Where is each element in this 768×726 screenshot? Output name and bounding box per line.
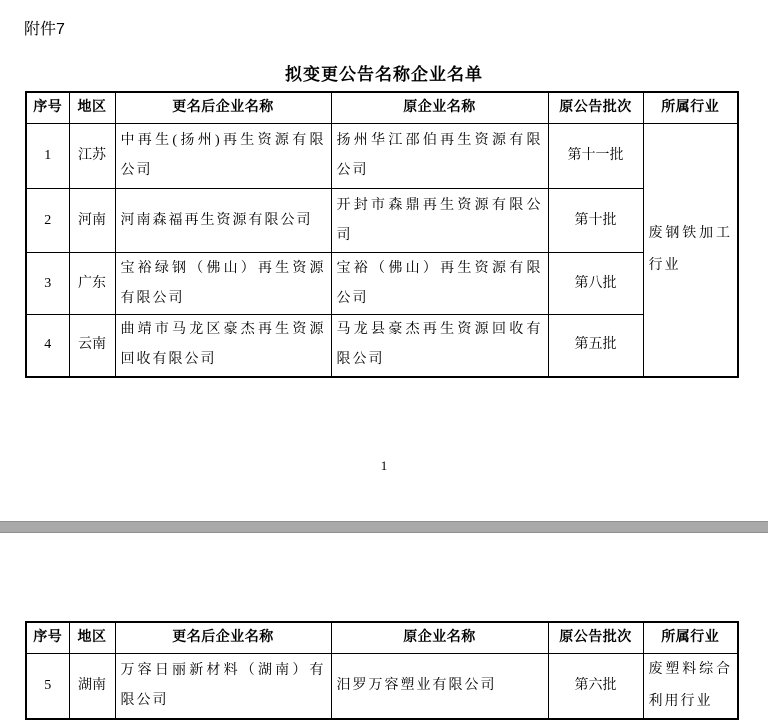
header-industry: 所属行业 bbox=[643, 622, 738, 654]
cell-batch: 第六批 bbox=[548, 654, 643, 720]
cell-batch: 第十一批 bbox=[548, 124, 643, 189]
company-table-page2: 序号 地区 更名后企业名称 原企业名称 原公告批次 所属行业 5 湖南 万容日丽… bbox=[25, 621, 739, 720]
cell-region: 广东 bbox=[69, 253, 115, 315]
table-row: 4 云南 曲靖市马龙区豪杰再生资源回收有限公司 马龙县豪杰再生资源回收有限公司 … bbox=[26, 315, 738, 377]
header-batch: 原公告批次 bbox=[548, 622, 643, 654]
cell-batch: 第十批 bbox=[548, 189, 643, 253]
header-no: 序号 bbox=[26, 92, 69, 124]
header-region: 地区 bbox=[69, 622, 115, 654]
header-region: 地区 bbox=[69, 92, 115, 124]
page-number: 1 bbox=[0, 458, 768, 474]
header-no: 序号 bbox=[26, 622, 69, 654]
cell-batch: 第八批 bbox=[548, 253, 643, 315]
cell-region: 云南 bbox=[69, 315, 115, 377]
cell-industry: 废塑料综合利用行业 bbox=[643, 654, 738, 720]
cell-old-name: 扬州华江邵伯再生资源有限公司 bbox=[331, 124, 548, 189]
cell-new-name: 河南森福再生资源有限公司 bbox=[115, 189, 331, 253]
page-title: 拟变更公告名称企业名单 bbox=[0, 60, 768, 85]
cell-new-name: 曲靖市马龙区豪杰再生资源回收有限公司 bbox=[115, 315, 331, 377]
table-row: 5 湖南 万容日丽新材料（湖南）有限公司 汨罗万容塑业有限公司 第六批 废塑料综… bbox=[26, 654, 738, 720]
page-break-divider bbox=[0, 521, 768, 533]
table-header-row: 序号 地区 更名后企业名称 原企业名称 原公告批次 所属行业 bbox=[26, 92, 738, 124]
cell-region: 湖南 bbox=[69, 654, 115, 720]
cell-new-name: 万容日丽新材料（湖南）有限公司 bbox=[115, 654, 331, 720]
company-table-page1: 序号 地区 更名后企业名称 原企业名称 原公告批次 所属行业 1 江苏 中再生(… bbox=[25, 91, 739, 378]
table-row: 1 江苏 中再生(扬州)再生资源有限公司 扬州华江邵伯再生资源有限公司 第十一批… bbox=[26, 124, 738, 189]
table-row: 2 河南 河南森福再生资源有限公司 开封市森鼎再生资源有限公司 第十批 bbox=[26, 189, 738, 253]
cell-no: 4 bbox=[26, 315, 69, 377]
cell-no: 1 bbox=[26, 124, 69, 189]
header-old-name: 原企业名称 bbox=[331, 622, 548, 654]
cell-no: 5 bbox=[26, 654, 69, 720]
table-row: 3 广东 宝裕绿钢（佛山）再生资源有限公司 宝裕（佛山）再生资源有限公司 第八批 bbox=[26, 253, 738, 315]
cell-new-name: 宝裕绿钢（佛山）再生资源有限公司 bbox=[115, 253, 331, 315]
attachment-label: 附件7 bbox=[24, 16, 65, 39]
header-old-name: 原企业名称 bbox=[331, 92, 548, 124]
cell-batch: 第五批 bbox=[548, 315, 643, 377]
cell-region: 江苏 bbox=[69, 124, 115, 189]
cell-region: 河南 bbox=[69, 189, 115, 253]
header-new-name: 更名后企业名称 bbox=[115, 92, 331, 124]
cell-old-name: 汨罗万容塑业有限公司 bbox=[331, 654, 548, 720]
header-batch: 原公告批次 bbox=[548, 92, 643, 124]
cell-industry-merged: 废钢铁加工行业 bbox=[643, 124, 738, 377]
table-header-row: 序号 地区 更名后企业名称 原企业名称 原公告批次 所属行业 bbox=[26, 622, 738, 654]
cell-no: 2 bbox=[26, 189, 69, 253]
header-industry: 所属行业 bbox=[643, 92, 738, 124]
cell-no: 3 bbox=[26, 253, 69, 315]
header-new-name: 更名后企业名称 bbox=[115, 622, 331, 654]
cell-old-name: 开封市森鼎再生资源有限公司 bbox=[331, 189, 548, 253]
cell-old-name: 宝裕（佛山）再生资源有限公司 bbox=[331, 253, 548, 315]
document-viewer: 附件7 拟变更公告名称企业名单 序号 地区 更名后企业名称 原企业名称 原公告批… bbox=[0, 0, 768, 726]
cell-new-name: 中再生(扬州)再生资源有限公司 bbox=[115, 124, 331, 189]
cell-old-name: 马龙县豪杰再生资源回收有限公司 bbox=[331, 315, 548, 377]
